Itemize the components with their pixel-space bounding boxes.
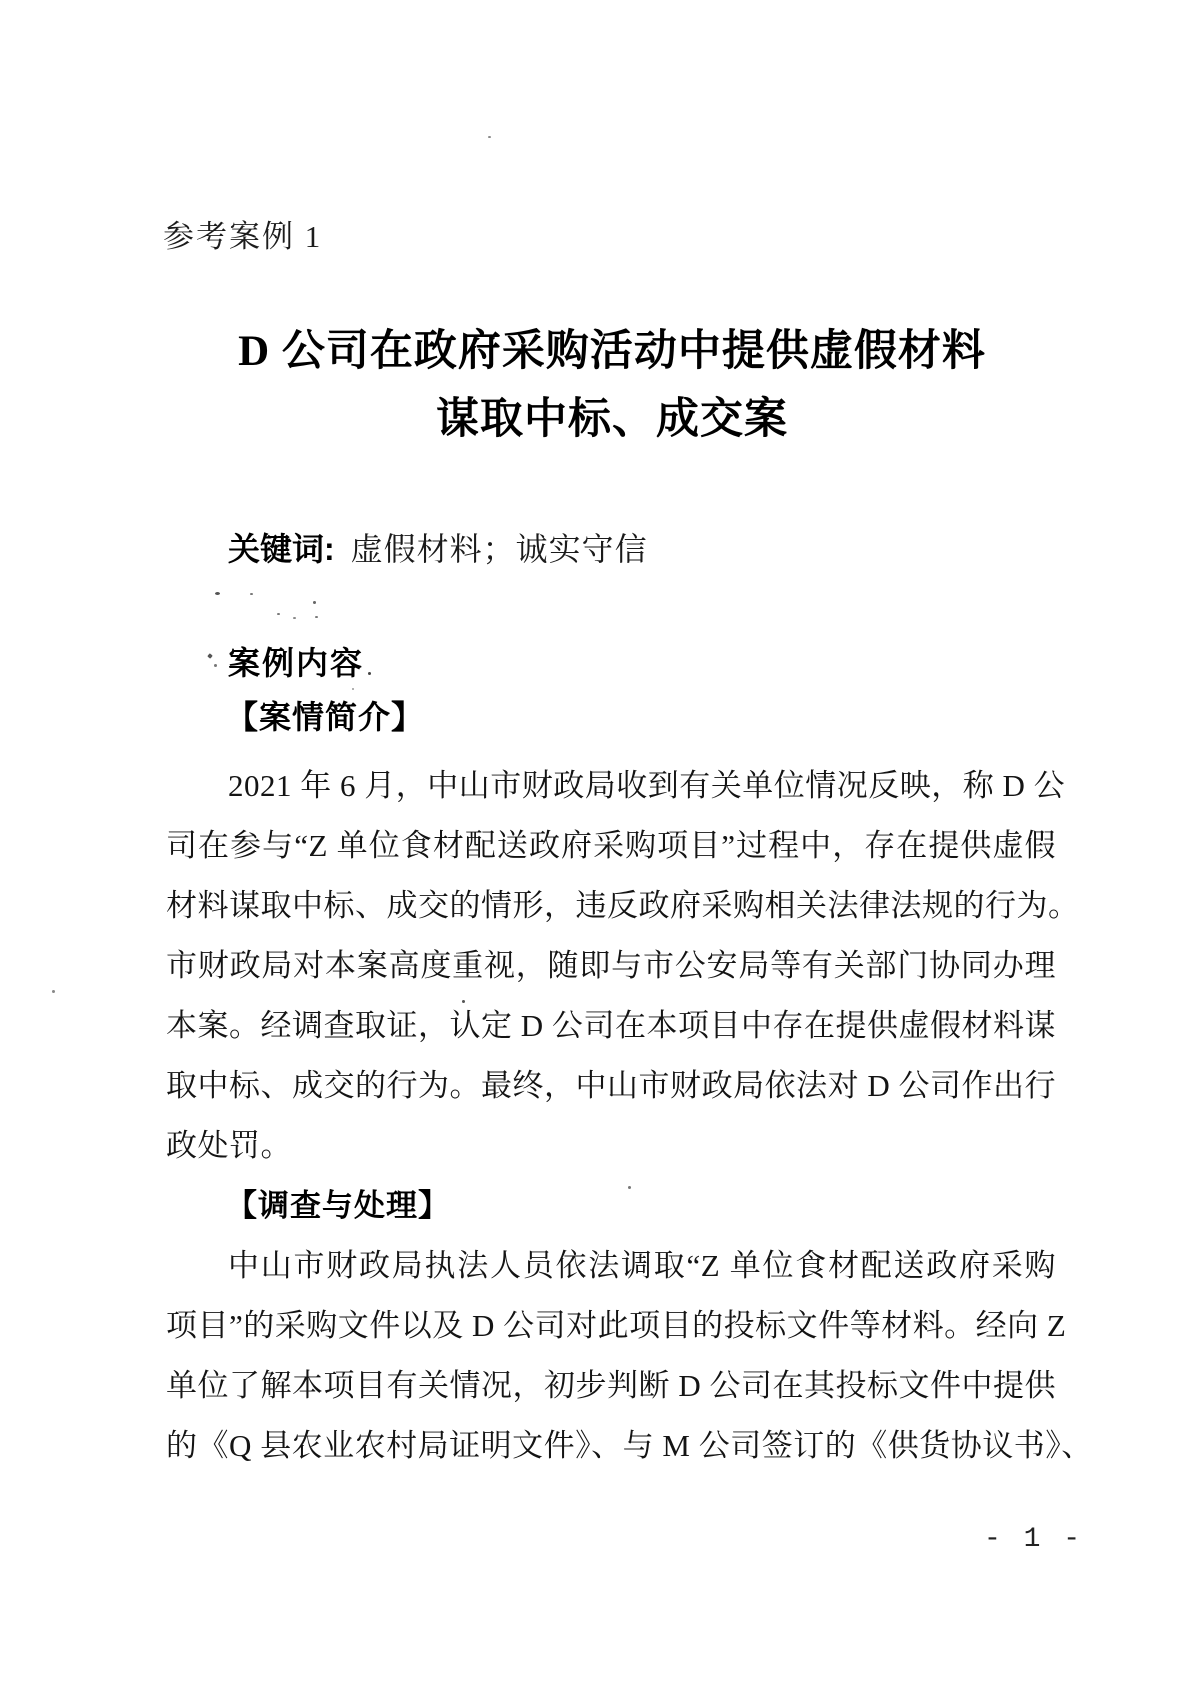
- keywords-label: 关键词:: [228, 531, 351, 567]
- body-text: 2021 年 6 月，中山市财政局收到有关单位情况反映，称 D 公 司在参与“Z…: [166, 756, 1056, 1476]
- paragraph2-line: 中山市财政局执法人员依法调取“Z 单位食材配送政府采购: [166, 1236, 1056, 1296]
- paragraph1-line: 取中标、成交的行为。最终，中山市财政局依法对 D 公司作出行: [166, 1056, 1056, 1116]
- keywords-line: 关键词:虚假材料；诚实守信: [228, 524, 648, 570]
- scan-speck: [293, 617, 296, 619]
- scan-speck: [315, 616, 318, 618]
- scan-speck: [215, 592, 220, 595]
- document-title: D 公司在政府采购活动中提供虚假材料 谋取中标、成交案: [24, 318, 1200, 454]
- paragraph1-line: 本案。经调查取证，认定 D 公司在本项目中存在提供虚假材料谋: [166, 996, 1056, 1056]
- scan-speck: [52, 990, 55, 993]
- document-title-line1: D 公司在政府采购活动中提供虚假材料: [24, 318, 1200, 386]
- subsection-heading-case-summary: 【案情简介】: [226, 692, 424, 738]
- paragraph1-line: 市财政局对本案高度重视，随即与市公安局等有关部门协同办理: [166, 936, 1056, 996]
- section-heading-case-content: 案例内容: [228, 638, 364, 684]
- keywords-value: 虚假材料；诚实守信: [351, 531, 648, 567]
- scan-speck: [462, 1000, 465, 1003]
- paragraph2-line: 的《Q 县农业农村局证明文件》、与 M 公司签订的《供货协议书》、: [166, 1416, 1056, 1476]
- scan-speck: [628, 1186, 631, 1189]
- scan-speck: [313, 601, 316, 604]
- case-label: 参考案例 1: [163, 211, 322, 256]
- scan-speck: [277, 613, 280, 615]
- scan-speck: [368, 672, 371, 675]
- paragraph1-line: 政处罚。: [166, 1116, 1056, 1176]
- paragraph2-line: 单位了解本项目有关情况，初步判断 D 公司在其投标文件中提供: [166, 1356, 1056, 1416]
- paragraph2-line: 项目”的采购文件以及 D 公司对此项目的投标文件等材料。经向 Z: [166, 1296, 1056, 1356]
- subsection-heading-investigation: 【调查与处理】: [166, 1176, 1056, 1236]
- scan-speck: [352, 688, 354, 690]
- scanned-document-page: 参考案例 1 D 公司在政府采购活动中提供虚假材料 谋取中标、成交案 关键词:虚…: [0, 0, 1200, 1698]
- paragraph1-line: 材料谋取中标、成交的情形，违反政府采购相关法律法规的行为。: [166, 876, 1056, 936]
- document-title-line2: 谋取中标、成交案: [24, 386, 1200, 454]
- paragraph1-line: 司在参与“Z 单位食材配送政府采购项目”过程中，存在提供虚假: [166, 816, 1056, 876]
- page-number: - 1 -: [984, 1524, 1083, 1555]
- paragraph1-line: 2021 年 6 月，中山市财政局收到有关单位情况反映，称 D 公: [166, 756, 1056, 816]
- scan-speck: [250, 593, 253, 595]
- scan-speck: [214, 664, 217, 667]
- scan-speck: [207, 653, 213, 659]
- scan-speck: [488, 136, 491, 138]
